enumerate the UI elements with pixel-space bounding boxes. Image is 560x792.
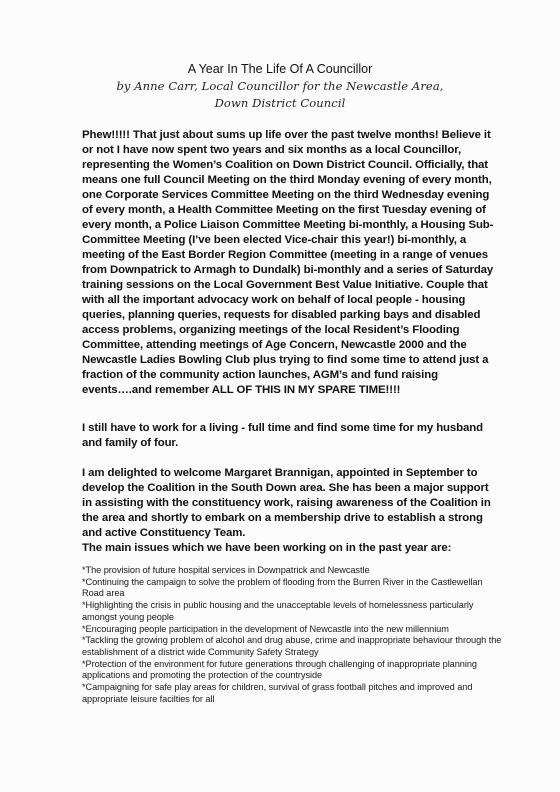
document-title: A Year In The Life Of A Councillor [0,62,560,77]
paragraph-work: I still have to work for a living - full… [82,421,494,451]
issues-list: *The provision of future hospital servic… [82,565,502,705]
list-item: *Encouraging people participation in the… [82,624,502,636]
list-item: *The provision of future hospital servic… [82,565,502,577]
paragraph-intro: Phew!!!!! That just about sums up life o… [82,128,494,398]
paragraph-text: I still have to work for a living - full… [82,421,494,451]
paragraph-welcome: I am delighted to welcome Margaret Brann… [82,466,494,541]
list-item: *Protection of the environment for futur… [82,659,502,682]
list-item: *Continuing the campaign to solve the pr… [82,577,502,600]
list-item: *Tackling the growing problem of alcohol… [82,635,502,658]
list-item: *Campaigning for safe play areas for chi… [82,682,502,705]
paragraph-text: I am delighted to welcome Margaret Brann… [82,466,494,541]
byline-council: Down District Council [0,95,560,112]
byline: by Anne Carr, Local Councillor for the N… [0,78,560,112]
paragraph-text: The main issues which we have been worki… [82,541,494,556]
paragraph-issues-intro: The main issues which we have been worki… [82,541,494,556]
document-page: A Year In The Life Of A Councillor by An… [0,0,560,792]
paragraph-text: Phew!!!!! That just about sums up life o… [82,128,494,398]
byline-author: by Anne Carr, Local Councillor for the N… [0,78,560,95]
list-item: *Highlighting the crisis in public housi… [82,600,502,623]
